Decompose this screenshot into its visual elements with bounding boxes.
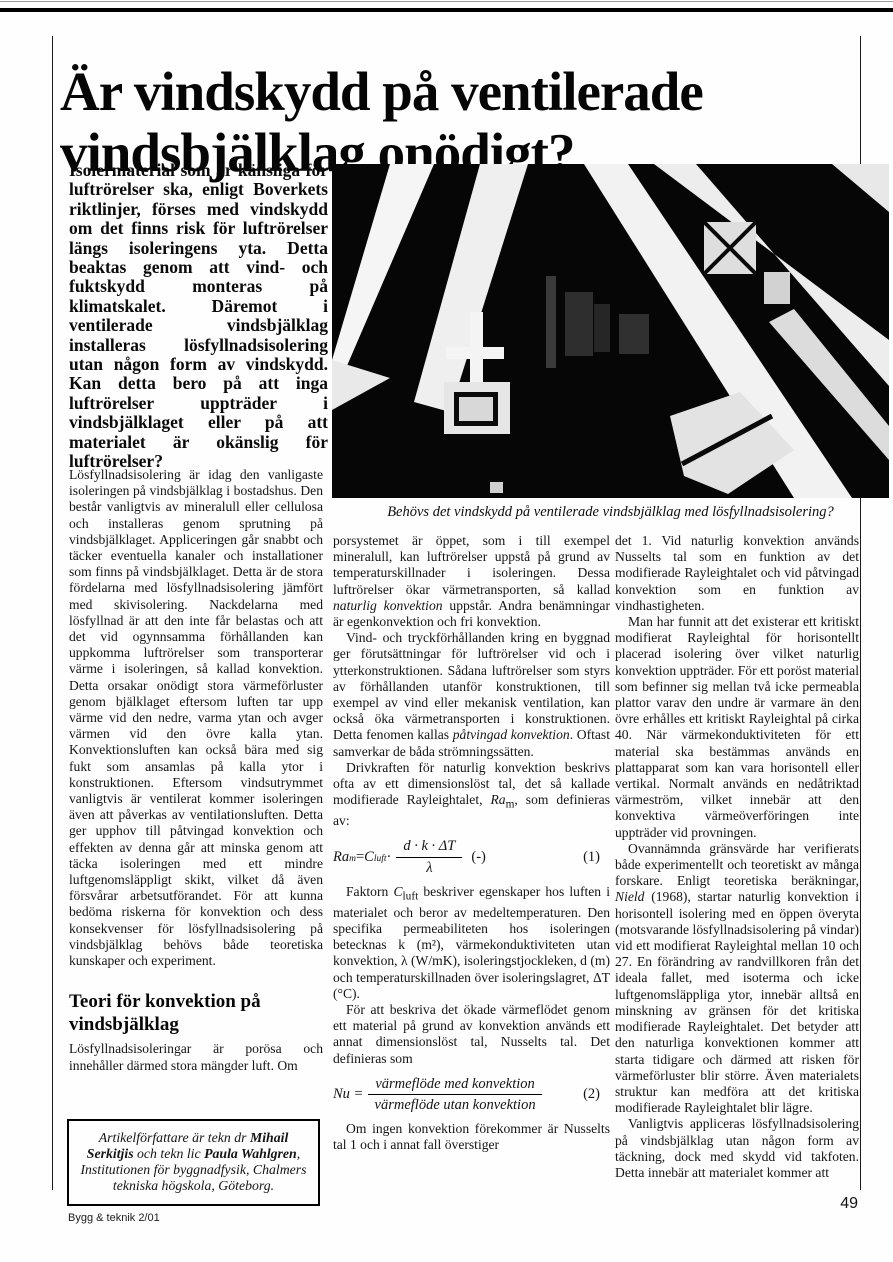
math-subscript: m: [349, 851, 356, 867]
italic-term: naturlig konvektion: [333, 598, 443, 613]
body-paragraph: Ovannämnda gränsvärde har verifierats bå…: [615, 841, 859, 1116]
text-run: porsystemet är öppet, som i till exempel…: [333, 533, 610, 597]
fraction-denominator: värmeflöde utan konvektion: [375, 1095, 536, 1113]
middle-column: porsystemet är öppet, som i till exempel…: [333, 533, 610, 1154]
equation-number: (2): [583, 1086, 600, 1102]
top-rule: [0, 8, 893, 12]
math-subscript: luft: [374, 851, 387, 867]
math-variable: Ra: [333, 849, 349, 865]
magazine-page: Är vindskydd på ventilerade vindsbjälkla…: [0, 0, 893, 1262]
body-paragraph: Vind- och tryckförhållanden kring en byg…: [333, 630, 610, 760]
math-subscript: luft: [403, 891, 419, 903]
equation-number: (1): [583, 849, 600, 865]
left-column: Lösfyllnadsisolering är idag den vanliga…: [69, 467, 323, 1074]
equation-2: Nu = värmeflöde med konvektion värmeflöd…: [333, 1076, 610, 1113]
photo-caption: Behövs det vindskydd på ventilerade vind…: [332, 504, 889, 521]
italic-term: Nield: [615, 889, 644, 904]
fraction-denominator: λ: [426, 858, 432, 876]
body-paragraph: Om ingen konvektion förekommer är Nussel…: [333, 1121, 610, 1153]
right-column: det 1. Vid naturlig konvektion används N…: [615, 533, 859, 1181]
fraction-numerator: d · k · ΔT: [396, 838, 462, 857]
journal-footer: Bygg & teknik 2/01: [68, 1212, 160, 1224]
multiplication-dot: ·: [387, 849, 392, 865]
author-box: Artikelförfattare är tekn dr Mihail Serk…: [67, 1119, 320, 1206]
body-paragraph: Faktorn Cluft beskriver egenskaper hos l…: [333, 884, 610, 1002]
text-run: Ovannämnda gränsvärde har verifierats bå…: [615, 841, 859, 888]
equation-unit: (-): [471, 849, 486, 865]
section-heading: Teori för konvektion på vindsbjälklag: [69, 990, 323, 1036]
author-name-2: Paula Wahlgren: [204, 1146, 297, 1161]
scan-edge-line: [0, 1, 893, 2]
page-number: 49: [800, 1195, 858, 1213]
fraction: d · k · ΔT λ: [396, 838, 462, 875]
math-variable: C: [364, 849, 374, 865]
italic-term: påtvingad konvektion: [453, 727, 570, 742]
body-paragraph: Lösfyllnadsisolering är idag den vanliga…: [69, 467, 323, 969]
equals-sign: =: [356, 849, 364, 865]
text-run: Faktorn: [346, 884, 393, 899]
left-page-rule: [52, 36, 53, 1190]
text-run: (1968), startar naturlig konvektion i ho…: [615, 889, 859, 1115]
body-paragraph: Man har funnit att det existerar ett kri…: [615, 614, 859, 841]
equation-1: Ram = Cluft · d · k · ΔT λ (-) (1): [333, 838, 610, 875]
math-variable: Nu =: [333, 1086, 363, 1102]
body-paragraph: Drivkraften för naturlig konvektion besk…: [333, 760, 610, 830]
fraction: värmeflöde med konvektion värmeflöde uta…: [368, 1076, 541, 1113]
body-paragraph: porsystemet är öppet, som i till exempel…: [333, 533, 610, 630]
body-paragraph: Lösfyllnadsisoleringar är porösa och inn…: [69, 1041, 323, 1073]
math-variable: Ra: [490, 792, 505, 807]
intro-paragraph: Isolermaterial som är känsliga för luftr…: [69, 161, 328, 472]
text-run: beskriver egenskaper hos luften i materi…: [333, 884, 610, 1001]
body-paragraph: det 1. Vid naturlig konvektion används N…: [615, 533, 859, 614]
body-paragraph: För att beskriva det ökade värmeflödet g…: [333, 1002, 610, 1067]
math-variable: C: [393, 884, 402, 899]
author-credit-prefix: Artikelförfattare är tekn dr: [99, 1130, 250, 1145]
body-paragraph: Vanligtvis appliceras lösfyllnadsisoleri…: [615, 1116, 859, 1181]
author-credit-middle: och tekn lic: [134, 1146, 205, 1161]
text-run: Vind- och tryckförhållanden kring en byg…: [333, 630, 610, 742]
fraction-numerator: värmeflöde med konvektion: [368, 1076, 541, 1095]
attic-photo-graphic: [332, 164, 889, 498]
attic-photo: [332, 164, 889, 498]
